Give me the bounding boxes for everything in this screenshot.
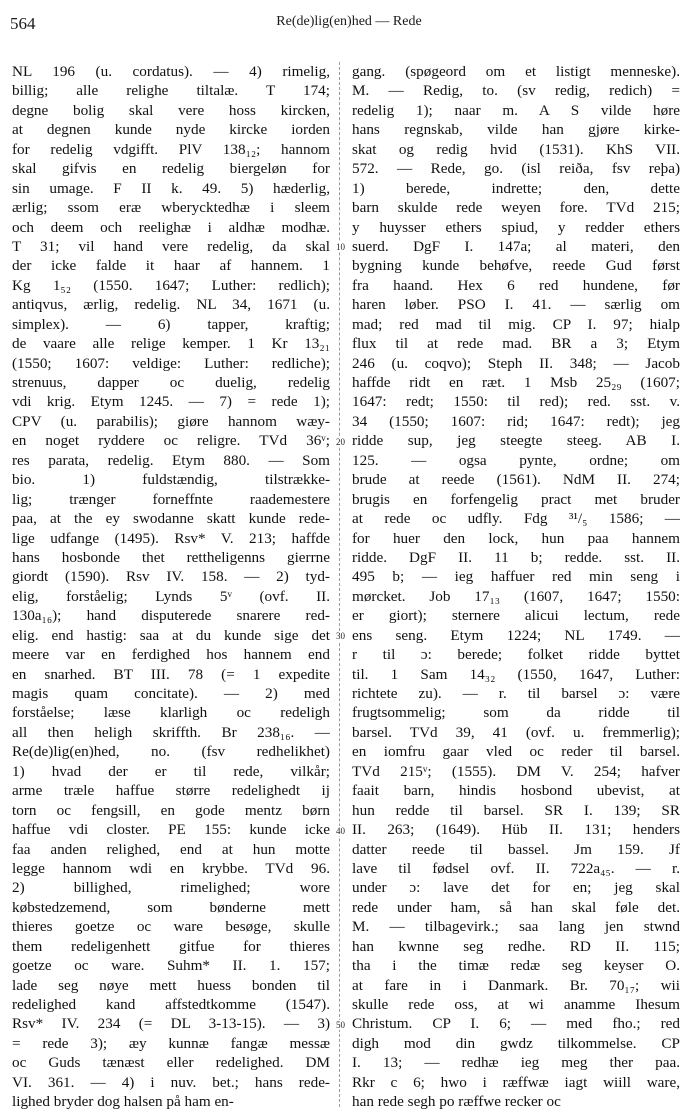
text-line: lige udfange (1495). Rsv* V. 213; haffde	[12, 529, 330, 548]
text-line: han rede segh po ræffwe recker oc	[352, 1092, 680, 1111]
text-line: gang. (spøgeord om et listigt menneske).	[352, 62, 680, 81]
text-line: flux til at rede mad. BR a 3; Etym	[352, 334, 680, 353]
text-line: skulle rede oss, at wi anamme Ihesum	[352, 995, 680, 1014]
text-line: under ɔ: lave det for en; jeg skal	[352, 878, 680, 897]
text-line: 246 (u. coqvo); Steph II. 348; — Jacob	[352, 354, 680, 373]
text-line: skal gifvis en redelig biergeløn for	[12, 159, 330, 178]
line-number-marker: 40	[336, 826, 345, 836]
text-line: bygning kunde behøfve, reede Gud først	[352, 256, 680, 275]
text-line: ærlig; ssom eræ wberycktedhæ i sleem	[12, 198, 330, 217]
text-line: lig; trænger forneffnte raademestere	[12, 490, 330, 509]
text-line: til. 1 Sam 14₃₂ (1550, 1647, Luther:	[352, 665, 680, 684]
text-line: datter reede til bassel. Jm 159. Jf	[352, 840, 680, 859]
text-line: hun redde til barsel. SR I. 139; SR	[352, 801, 680, 820]
text-line: goetze oc ware. Suhm* II. 1. 157;	[12, 956, 330, 975]
left-column: NL 196 (u. cordatus). — 4) rimelig,billi…	[12, 62, 330, 1112]
text-line: mad; red mad til mig. CP I. 97; hialp	[352, 315, 680, 334]
text-line: Rkr c 6; hwo i ræffwæ iagt wiill ware,	[352, 1073, 680, 1092]
text-line: 130a₁₆); hand disputerede snarere red-	[12, 606, 330, 625]
text-line: CPV (u. parabilis); giøre hannom wæy-	[12, 412, 330, 431]
text-line: billig; alle relighe tiltalæ. T 174;	[12, 81, 330, 100]
text-line: købstedzemend, som bønderne mett	[12, 898, 330, 917]
text-line: haffde ridt en ræt. 1 Msb 25₂₉ (1607;	[352, 373, 680, 392]
text-line: at fare in i Danmark. Br. 70₁₇; wii	[352, 976, 680, 995]
text-line: han kwnne seg redhe. RD II. 115;	[352, 937, 680, 956]
text-line: Rsv* IV. 234 (= DL 3-13-15). — 3)	[12, 1014, 330, 1033]
text-line: oc Guds tænæst eller redelighed. DM	[12, 1053, 330, 1072]
text-line: for redelig vdgifft. PlV 138₁₂; hannom	[12, 140, 330, 159]
text-line: redelig 1); naar m. A S vilde høre	[352, 101, 680, 120]
text-line: II. 263; (1649). Hüb II. 131; henders	[352, 820, 680, 839]
text-line: degne bolig skal vere hoss kircken,	[12, 101, 330, 120]
text-line: = rede 3); æy kunnæ fangæ messæ	[12, 1034, 330, 1053]
line-number-marker: 20	[336, 437, 345, 447]
text-line: paa, at the ey swodanne skatt kunde rede…	[12, 509, 330, 528]
text-line: digh mod din gwdz tilkommelse. CP	[352, 1034, 680, 1053]
text-line: skat og redig hvid (1531). KhS VII.	[352, 140, 680, 159]
text-line: ridde. DgF II. 11 b; redde. sst. II.	[352, 548, 680, 567]
text-line: y huysser ethers spiud, y redder ethers	[352, 218, 680, 237]
text-line: forståelse; læse klarligh oc redeligh	[12, 703, 330, 722]
text-line: frugtsommelig; som da ridde til	[352, 703, 680, 722]
text-line: Christum. CP I. 6; — med fho.; red	[352, 1014, 680, 1033]
text-line: VI. 361. — 4) i nuv. bet.; hans rede-	[12, 1073, 330, 1092]
text-line: fra haand. Hex 6 red hundene, før	[352, 276, 680, 295]
text-line: meere var en ferdighed hos hannem end	[12, 645, 330, 664]
text-line: richtete zu). — r. til barsel ɔ: være	[352, 684, 680, 703]
text-line: TVd 215ᵛ; (1555). DM V. 254; hafver	[352, 762, 680, 781]
text-line: legge hannom wdi en krybbe. TVd 96.	[12, 859, 330, 878]
text-line: them redeligenhett gitfue for thieres	[12, 937, 330, 956]
text-line: tha i the timæ redæ seg keyser O.	[352, 956, 680, 975]
text-line: och deem och reelighæ i aldhæ modhæ.	[12, 218, 330, 237]
text-line: redelighed kand affstedtkomme (1547).	[12, 995, 330, 1014]
text-line: (1550; 1607: veldige: Luther: redliche);	[12, 354, 330, 373]
text-line: elig, forståelig; Lynds 5ᵛ (ovf. II.	[12, 587, 330, 606]
line-number-marker: 10	[336, 242, 345, 252]
text-line: arme træle haffue større redelighedt ij	[12, 781, 330, 800]
text-line: M. — Redig, to. (sv redig, redich) =	[352, 81, 680, 100]
text-line: lighed bryder dog halsen på ham en-	[12, 1092, 330, 1111]
text-line: Kg 1₅₂ (1550. 1647; Luther: redlich);	[12, 276, 330, 295]
text-line: barsel. TVd 39, 41 (ovf. u. fremmerlig);	[352, 723, 680, 742]
text-line: M. — tilbagevirk.; saa lang jen stwnd	[352, 917, 680, 936]
line-number-marker: 50	[336, 1020, 345, 1030]
text-line: vdi krig. Etym 1245. — 7) = rede 1);	[12, 392, 330, 411]
text-line: 495 b; — ieg haffuer red min seng i	[352, 567, 680, 586]
text-line: I. 13; — redhæ ieg meg ther paa.	[352, 1053, 680, 1072]
text-line: faait barn, hindis hosbond ubevist, at	[352, 781, 680, 800]
text-line: rede under ham, så han skal føle det.	[352, 898, 680, 917]
text-line: strenuus, dapper oc duelig, redelig	[12, 373, 330, 392]
text-line: NL 196 (u. cordatus). — 4) rimelig,	[12, 62, 330, 81]
text-line: for huer den lock, hun paa hannem	[352, 529, 680, 548]
text-line: 2) billighed, rimelighed; wore	[12, 878, 330, 897]
text-line: simplex). — 6) tapper, kraftig;	[12, 315, 330, 334]
text-line: giordt (1590). Rsv IV. 158. — 2) tyd-	[12, 567, 330, 586]
text-line: all then heligh skriffth. Br 238₁₆. —	[12, 723, 330, 742]
text-line: 125. — ogsa pynte, ordne; om	[352, 451, 680, 470]
text-line: der icke falde it haar af hannem. 1	[12, 256, 330, 275]
line-number-marker: 30	[336, 631, 345, 641]
text-line: barn skulde rede weyen fore. TVd 215;	[352, 198, 680, 217]
text-line: 1) hvad der er til rede, vilkår;	[12, 762, 330, 781]
text-line: 1647: redt; 1550: til red); red. sst. v.	[352, 392, 680, 411]
page-header: 564 Re(de)lig(en)hed — Rede	[0, 10, 690, 34]
right-column: gang. (spøgeord om et listigt menneske).…	[352, 62, 680, 1112]
text-line: 1) berede, indrette; den, dette	[352, 179, 680, 198]
text-line: thieres goetze oc ware besøge, skulle	[12, 917, 330, 936]
text-line: torn oc fengsill, en gode mentz børn	[12, 801, 330, 820]
text-line: 34 (1550; 1607: rid; 1647: redt); jeg	[352, 412, 680, 431]
text-line: faa anden relighed, end at hun motte	[12, 840, 330, 859]
text-line: lade seg nøye mett huess bonden til	[12, 976, 330, 995]
text-line: 572. — Rede, go. (isl reiða, fsv reþa)	[352, 159, 680, 178]
text-line: r til ɔ: berede; folket ridde byttet	[352, 645, 680, 664]
text-line: en snarhed. BT III. 78 (= 1 expedite	[12, 665, 330, 684]
text-line: magis quam concitate). — 2) med	[12, 684, 330, 703]
text-line: at degnen kunde nyde kircke iorden	[12, 120, 330, 139]
text-line: suerd. DgF I. 147a; al materi, den	[352, 237, 680, 256]
text-line: haffue vdi closter. PE 155: kunde icke	[12, 820, 330, 839]
text-line: lave til fødsel ovf. II. 722a₄₅. — r.	[352, 859, 680, 878]
text-line: de vaare alle relige kemper. 1 Kr 13₂₁	[12, 334, 330, 353]
text-line: T 31; vil hand vere redelig, da skal	[12, 237, 330, 256]
text-line: ens seng. Etym 1224; NL 1749. —	[352, 626, 680, 645]
text-line: Re(de)lig(en)hed, no. (fsv redhelikhet)	[12, 742, 330, 761]
text-line: sin umage. F II k. 49. 5) hæderlig,	[12, 179, 330, 198]
text-line: hans regnskab, vilde han gjøre kirke-	[352, 120, 680, 139]
text-line: bio. 1) fuldstændig, tilstrække-	[12, 470, 330, 489]
text-line: en iomfru gaar vled oc reder til barsel.	[352, 742, 680, 761]
text-line: elig. end hastig: saa at du kunde sige d…	[12, 626, 330, 645]
text-line: brude at reede (1561). NdM II. 274;	[352, 470, 680, 489]
text-line: at rede oc udfly. Fdg ³¹/₅ 1586; —	[352, 509, 680, 528]
text-line: hans hosbonde thet rettheligenns gierrne	[12, 548, 330, 567]
text-line: res parata, redelig. Etym 880. — Som	[12, 451, 330, 470]
text-line: mørcket. Job 17₁₃ (1607, 1647; 1550:	[352, 587, 680, 606]
text-line: brugis en forfengelig pract met bruder	[352, 490, 680, 509]
text-line: ridde sup, jeg steegte steeg. AB I.	[352, 431, 680, 450]
text-line: er giort); sternere alicui lectum, rede	[352, 606, 680, 625]
text-line: antiqvus, ærlig, redelig. NL 34, 1671 (u…	[12, 295, 330, 314]
text-line: en noget ryddere oc religre. TVd 36ᵛ;	[12, 431, 330, 450]
column-divider	[339, 62, 340, 1107]
running-head: Re(de)lig(en)hed — Rede	[0, 14, 690, 30]
text-line: haren løber. PSO I. 41. — særlig om	[352, 295, 680, 314]
